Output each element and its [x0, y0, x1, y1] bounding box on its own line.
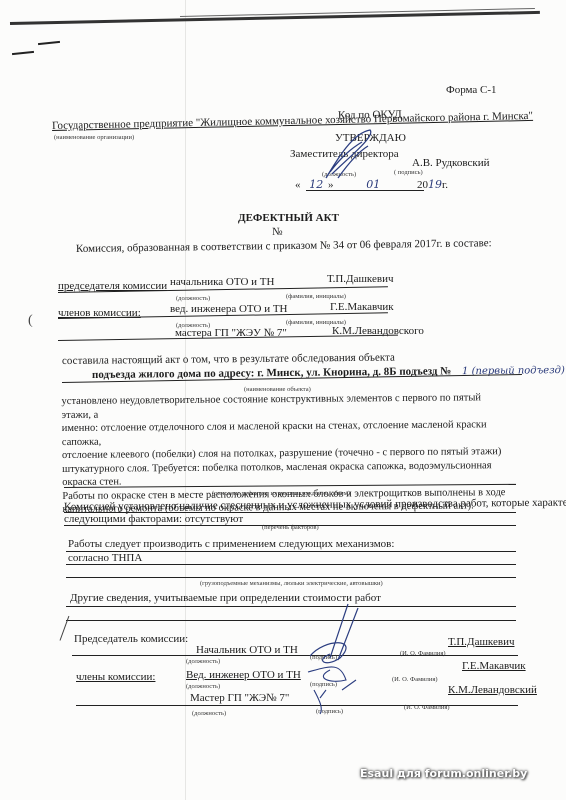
- margin-mark: [60, 616, 70, 641]
- other-info-underline: [66, 606, 516, 607]
- position-caption: (должность): [192, 710, 226, 717]
- act-number-label: №: [272, 226, 283, 238]
- commission-intro: Комиссия, образованная в соответствии с …: [76, 237, 492, 255]
- member2-sign-underline: [76, 705, 518, 706]
- member2-sign-name: К.М.Левандовский: [448, 684, 537, 696]
- name-caption: (И. О. Фамилия): [404, 704, 450, 711]
- position-caption: (должность): [186, 683, 220, 690]
- organization-caption: (наименование организации): [54, 134, 134, 141]
- mechanisms-underline: [66, 577, 516, 578]
- mechanisms-value: согласно ТНПА: [68, 552, 142, 564]
- conditions-factors: следующими факторами: отсутствуют: [64, 513, 243, 525]
- member1-sign-name: Г.Е.Макавчик: [462, 660, 526, 672]
- scan-mark: [12, 51, 34, 55]
- act-intro: составила настоящий акт о том, что в рез…: [62, 352, 395, 367]
- chair-sign-name: Т.П.Дашкевич: [448, 636, 514, 648]
- mechanisms-label: Работы следует производить с применением…: [68, 538, 394, 550]
- form-label: Форма С-1: [446, 84, 497, 96]
- scanned-document-page: Форма С-1 Код по ОКУД Государственное пр…: [0, 0, 566, 800]
- object-name: подъезда жилого дома по адресу: г. Минск…: [92, 364, 565, 381]
- member1-position: вед. инженера ОТО и ТН: [170, 303, 288, 315]
- signatures-chair-label: Председатель комиссии:: [74, 633, 188, 645]
- chair-sign-underline: [72, 655, 518, 656]
- factors-caption: (перечень факторов): [262, 524, 319, 531]
- mechanisms-underline: [66, 564, 516, 565]
- approver-signature: [318, 128, 378, 186]
- organization-name: Государственное предприятие "Жилищное ко…: [52, 110, 533, 132]
- member1-sign-position: Вед. инженер ОТО и ТН: [186, 669, 301, 681]
- member1-name: Г.Е.Макавчик: [330, 301, 394, 313]
- signature-caption: ( подпись): [394, 169, 423, 176]
- findings-caption: (описание дефектов, их местонахождение, …: [212, 490, 350, 497]
- approver-name: А.В. Рудковский: [412, 157, 489, 169]
- other-info-underline: [66, 620, 516, 621]
- position-caption: (должность): [176, 295, 210, 302]
- chair-position: начальника ОТО и ТН: [170, 276, 274, 288]
- scan-mark: [38, 41, 60, 45]
- forum-watermark: Esaul для forum.onliner.by: [360, 767, 527, 780]
- document-title: ДЕФЕКТНЫЙ АКТ: [238, 212, 339, 224]
- mechanisms-caption: (грузоподъемные механизмы, люльки электр…: [200, 580, 383, 587]
- name-caption: (И. О. Фамилия): [392, 676, 438, 683]
- date-underline: [306, 190, 424, 191]
- member2-sign-position: Мастер ГП "ЖЭ№ 7": [190, 692, 289, 704]
- chair-name: Т.П.Дашкевич: [327, 273, 393, 285]
- commission-signatures: [300, 598, 370, 718]
- signatures-members-label: члены комиссии:: [76, 671, 155, 683]
- name-caption: (И. О. Фамилия): [400, 650, 446, 657]
- hole-punch-mark: (: [28, 313, 33, 329]
- position-caption: (должность): [186, 658, 220, 665]
- name-caption: (фамилия, инициалы): [286, 293, 346, 300]
